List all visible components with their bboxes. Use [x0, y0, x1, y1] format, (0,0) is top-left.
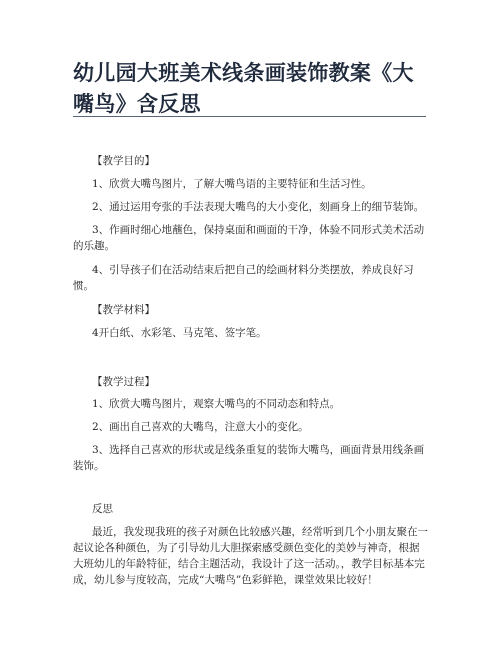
materials-item: 4开白纸、水彩笔、马克笔、签字笔。: [92, 325, 448, 341]
section-heading-objectives: 【教学目的】: [92, 153, 155, 168]
objective-item: 2、通过运用夸张的手法表现大嘴鸟的大小变化，刻画身上的细节装饰。: [73, 199, 429, 215]
objective-item: 3、作画时细心地蘸色，保持桌面和画面的干净，体验不同形式美术活动的乐趣。: [73, 222, 429, 254]
section-heading-process: 【教学过程】: [92, 374, 155, 389]
reflection-paragraph: 最近，我发现我班的孩子对颜色比较感兴趣，经常听到几个小朋友聚在一起议论各种颜色，…: [73, 524, 429, 588]
title-divider: [73, 116, 426, 117]
document-page: 幼儿园大班美术线条画装饰教案《大嘴鸟》含反思 【教学目的】 1、欣赏大嘴鸟图片，…: [0, 0, 500, 647]
section-heading-materials: 【教学材料】: [92, 302, 155, 317]
objective-item: 1、欣赏大嘴鸟图片，了解大嘴鸟语的主要特征和生活习性。: [73, 176, 429, 192]
process-item: 3、选择自己喜欢的形状或是线条重复的装饰大嘴鸟，画面背景用线条画装饰。: [73, 442, 429, 474]
section-heading-reflection: 反思: [92, 501, 113, 516]
document-title: 幼儿园大班美术线条画装饰教案《大嘴鸟》含反思: [73, 58, 433, 120]
objective-item: 4、引导孩子们在活动结束后把自己的绘画材料分类摆放，养成良好习惯。: [73, 262, 429, 294]
process-item: 1、欣赏大嘴鸟图片，观察大嘴鸟的不同动态和特点。: [73, 396, 429, 412]
process-item: 2、画出自己喜欢的大嘴鸟，注意大小的变化。: [73, 419, 429, 435]
